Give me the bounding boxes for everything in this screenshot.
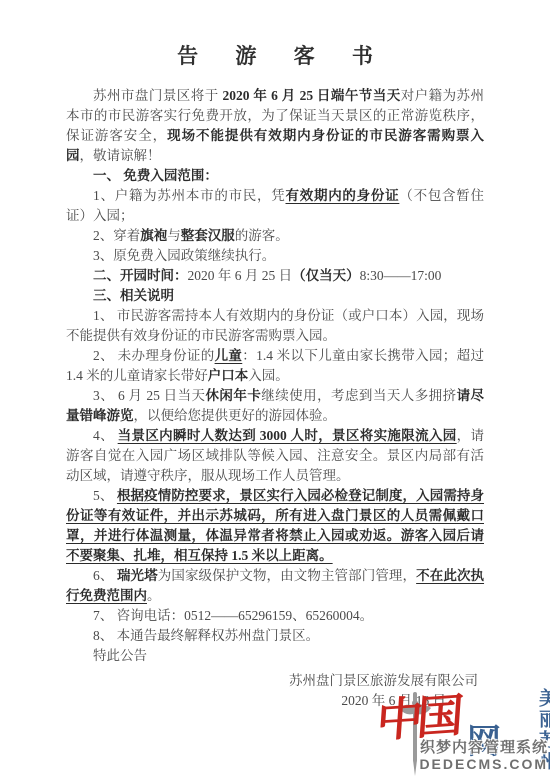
text-run: 苏州市盘门景区将于 — [93, 88, 223, 103]
text-run: 4、 — [93, 428, 118, 443]
text-run: 8:30——17:00 — [360, 268, 442, 283]
text-run: 一、 免费入园范围： — [93, 168, 218, 183]
text-run: （仅当天） — [292, 268, 360, 283]
paragraph: 6、 瑞光塔为国家级保护文物，由文物主管部门管理，不在此次执行免费范围内。 — [66, 566, 484, 606]
dedecms-watermark: 织梦内容管理系统 DEDECMS.COM — [419, 740, 548, 772]
text-run: 有效期内的身份证 — [286, 188, 400, 203]
document-title: 告 游 客 书 — [66, 40, 484, 70]
text-run: 特此公告 — [93, 648, 147, 663]
text-run: 与 — [167, 228, 181, 243]
text-run: 三、相关说明 — [93, 288, 174, 303]
text-run: 5、 — [93, 488, 117, 503]
text-run: 为国家级保护文物，由文物主管部门管理， — [158, 568, 416, 583]
paragraph: 2、穿着旗袍与整套汉服的游客。 — [66, 226, 484, 246]
text-run: 继续使用，考虑到当天人多拥挤 — [261, 388, 456, 403]
text-run: 。 — [147, 588, 161, 603]
text-run: 休闲年卡 — [205, 388, 261, 403]
text-run: 二、开园时间： — [93, 268, 188, 283]
text-run: 1、户籍为苏州本市的市民，凭 — [93, 188, 286, 203]
text-run: 当景区内瞬时人数达到 3000 人时，景区将实施限流入园 — [118, 428, 457, 443]
paragraph: 2、 未办理身份证的儿童：1.4 米以下儿童由家长携带入园；超过 1.4 米的儿… — [66, 346, 484, 386]
text-run: 3、 6 月 25 日当天 — [93, 388, 205, 403]
paragraph: 1、 市民游客需持本人有效期内的身份证（或户口本）入园，现场不能提供有效身份证的… — [66, 306, 484, 346]
text-run: ，以便给您提供更好的游园体验。 — [134, 408, 337, 423]
text-run: 旗袍 — [140, 228, 167, 243]
text-run: 2020 年 6 月 25 日端午节当天 — [223, 88, 401, 103]
paragraph: 特此公告 — [66, 646, 484, 666]
text-run: 根据疫情防控要求，景区实行入园必检登记制度，入园需持身份证等有效证件，并出示苏城… — [66, 488, 484, 563]
text-run: 2、 未办理身份证的 — [93, 348, 215, 363]
paragraph: 5、 根据疫情防控要求，景区实行入园必检登记制度，入园需持身份证等有效证件，并出… — [66, 486, 484, 566]
text-run: 7、 咨询电话：0512——65296159、65260004。 — [93, 608, 373, 623]
text-run: 2、穿着 — [93, 228, 140, 243]
text-run: 入园。 — [248, 368, 289, 383]
paragraph: 1、户籍为苏州本市的市民，凭有效期内的身份证（不包含暂住证）入园； — [66, 186, 484, 226]
paragraph: 三、相关说明 — [66, 286, 484, 306]
paragraph: 一、 免费入园范围： — [66, 166, 484, 186]
text-run: 瑞光塔 — [117, 568, 158, 583]
paragraph: 3、原免费入园政策继续执行。 — [66, 246, 484, 266]
paragraph: 苏州市盘门景区将于 2020 年 6 月 25 日端午节当天对户籍为苏州本市的市… — [66, 86, 484, 166]
paragraph: 4、 当景区内瞬时人数达到 3000 人时，景区将实施限流入园，请游客自觉在入园… — [66, 426, 484, 486]
site-watermark: 中国 网 美丽苏州 织梦内容管理系统 DEDECMS.COM — [375, 688, 550, 778]
text-run: 8、 本通告最终解释权苏州盘门景区。 — [93, 628, 319, 643]
dedecms-watermark-url: DEDECMS.COM — [419, 757, 548, 772]
text-run: 2020 年 6 月 25 日 — [188, 268, 293, 283]
paragraph: 8、 本通告最终解释权苏州盘门景区。 — [66, 626, 484, 646]
text-run: 3、原免费入园政策继续执行。 — [93, 248, 275, 263]
text-run: 的游客。 — [235, 228, 289, 243]
text-run: 整套汉服 — [181, 228, 235, 243]
text-run: ，敬请谅解！ — [80, 148, 161, 163]
paragraph: 3、 6 月 25 日当天休闲年卡继续使用，考虑到当天人多拥挤请尽量错峰游览，以… — [66, 386, 484, 426]
paragraph: 7、 咨询电话：0512——65296159、65260004。 — [66, 606, 484, 626]
text-run: 户口本 — [208, 368, 249, 383]
text-run: 6、 — [93, 568, 117, 583]
scanned-notice-page: 告 游 客 书 苏州市盘门景区将于 2020 年 6 月 25 日端午节当天对户… — [0, 0, 550, 778]
dedecms-watermark-cn: 织梦内容管理系统 — [419, 740, 548, 757]
document-body: 苏州市盘门景区将于 2020 年 6 月 25 日端午节当天对户籍为苏州本市的市… — [66, 86, 484, 711]
text-run: 1、 市民游客需持本人有效期内的身份证（或户口本）入园，现场不能提供有效身份证的… — [66, 308, 484, 343]
text-run: 儿童 — [215, 348, 243, 363]
paragraph: 二、开园时间：2020 年 6 月 25 日（仅当天）8:30——17:00 — [66, 266, 484, 286]
china-net-logo-cn: 中国 — [375, 693, 459, 744]
text-run: 苏州盘门景区旅游发展有限公司 — [289, 673, 478, 688]
